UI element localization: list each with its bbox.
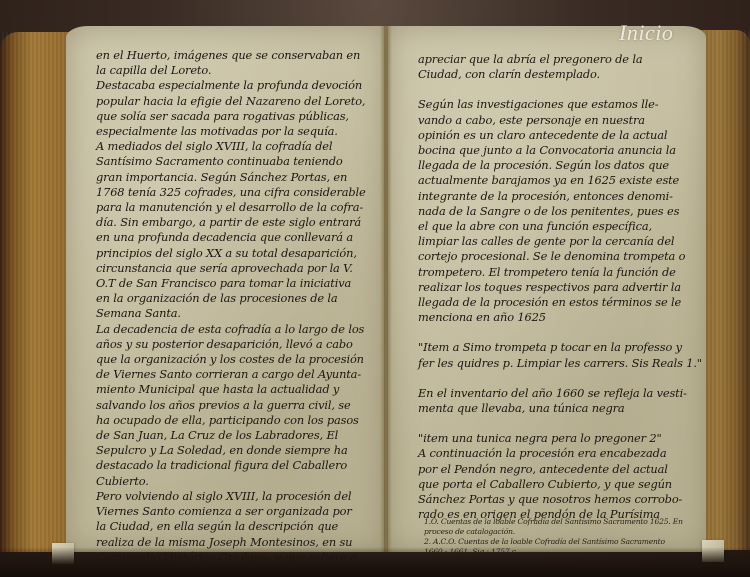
text-line: destacado la tradicional figura del Caba… [96,458,388,473]
right-page-text: apreciar que la abría el pregonero de la… [418,52,700,522]
text-line: vando a cabo, este personaje en nuestra [418,113,700,128]
text-line: salvando los años previos a la guerra ci… [96,398,388,413]
text-line: que la organización y los costes de la p… [96,352,388,367]
text-line: miento Municipal que hasta la actualidad… [96,382,388,397]
text-line: Sánchez Portas y que nosotros hemos corr… [418,492,700,507]
text-line: la Ciudad, en ella según la descripción … [96,519,388,534]
text-line: trompetero. El trompetero tenía la funci… [418,265,700,280]
home-link[interactable]: Inicio [619,20,673,46]
paragraph-gap [418,82,700,97]
text-line: bocina que junto a la Convocatoria anunc… [418,143,700,158]
text-line: Cubierto. [96,474,388,489]
book-bottom-shadow [0,547,750,577]
footnote-line: 1.O. Cuentas de la loable Cofradía del S… [424,517,704,527]
text-line: principios del siglo XX a su total desap… [96,246,388,261]
footnote-line: 2. A.C.O. Cuentas de la loable Cofradía … [424,537,704,547]
text-line: actualmente barajamos ya en 1625 existe … [418,173,700,188]
text-line: Santísimo Sacramento continuaba teniendo [96,154,388,169]
text-line: limpiar las calles de gente por la cerca… [418,234,700,249]
paragraph: Según las investigaciones que estamos ll… [418,97,700,325]
book-edge-left [0,32,72,552]
text-line: En el inventario del año 1660 se refleja… [418,386,700,401]
text-line: años y su posterior desaparición, llevó … [96,337,388,352]
text-line: para la manutención y el desarrollo de l… [96,200,388,215]
text-line: especialmente las motivadas por la sequí… [96,124,388,139]
footnote-line: proceso de catalogación. [424,527,704,537]
text-line: llegada de la procesión. Según los datos… [418,158,700,173]
text-line: que solía ser sacada para rogativas públ… [96,109,388,124]
text-line: fer les quidres p. Limpiar les carrers. … [418,356,700,371]
text-line: llegada de la procesión en estos término… [418,295,700,310]
paragraph: apreciar que la abría el pregonero de la… [418,52,700,82]
text-line: la capilla del Loreto. [96,63,388,78]
text-line: en la organización de las procesiones de… [96,291,388,306]
left-page-text: en el Huerto, imágenes que se conservaba… [96,48,388,577]
text-line: opinión es un claro antecedente de la ac… [418,128,700,143]
paragraph: "item una tunica negra pera lo pregoner … [418,431,700,522]
text-line: menciona en año 1625 [418,310,700,325]
text-line: por el Pendón negro, antecedente del act… [418,462,700,477]
text-line: ha ocupado de ella, participando con los… [96,413,388,428]
text-line: O.T de San Francisco para tomar la inici… [96,276,388,291]
text-line: de Viernes Santo corrieran a cargo del A… [96,367,388,382]
text-line: Según las investigaciones que estamos ll… [418,97,700,112]
text-line: apreciar que la abría el pregonero de la [418,52,700,67]
text-line: 1768 tenía 325 cofrades, una cifra consi… [96,185,388,200]
text-line: La decadencia de esta cofradía a lo larg… [96,322,388,337]
paragraph: En el inventario del año 1660 se refleja… [418,386,700,416]
quote: "Item a Simo trompeta p tocar en la prof… [418,340,700,370]
text-line: cortejo procesional. Se le denomina trom… [418,249,700,264]
text-line: nada de la Sangre o de los penitentes, p… [418,204,700,219]
text-line: "Item a Simo trompeta p tocar en la prof… [418,340,700,355]
text-line: Destacaba especialmente la profunda devo… [96,78,388,93]
text-line: día. Sin embargo, a partir de este siglo… [96,215,388,230]
text-line: Viernes Santo comienza a ser organizada … [96,504,388,519]
paragraph-gap [418,371,700,386]
text-line: Pero volviendo al siglo XVIII, la proces… [96,489,388,504]
text-line: circunstancia que sería aprovechada por … [96,261,388,276]
paragraph-gap [418,325,700,340]
text-line: en una profunda decadencia que conllevar… [96,230,388,245]
paragraph-gap [418,416,700,431]
text-line: "item una tunica negra pera lo pregoner … [418,431,700,446]
text-line: A continuación la procesión era encabeza… [418,446,700,461]
text-line: realizar los toques respectivos para adv… [418,280,700,295]
text-line: Ciudad, con clarín destemplado. [418,67,700,82]
text-line: integrante de la procesión, entonces den… [418,189,700,204]
text-line: Sepulcro y La Soledad, en donde siempre … [96,443,388,458]
text-line: A mediados del siglo XVIII, la cofradía … [96,139,388,154]
text-line: popular hacia la efigie del Nazareno del… [96,94,388,109]
text-line: que porta el Caballero Cubierto, y que s… [418,477,700,492]
text-line: gran importancia. Según Sánchez Portas, … [96,170,388,185]
text-line: Semana Santa. [96,306,388,321]
text-line: de San Juan, La Cruz de los Labradores, … [96,428,388,443]
text-line: menta que llevaba, una túnica negra [418,401,700,416]
text-line: en el Huerto, imágenes que se conservaba… [96,48,388,63]
text-line: el que la abre con una función específic… [418,219,700,234]
